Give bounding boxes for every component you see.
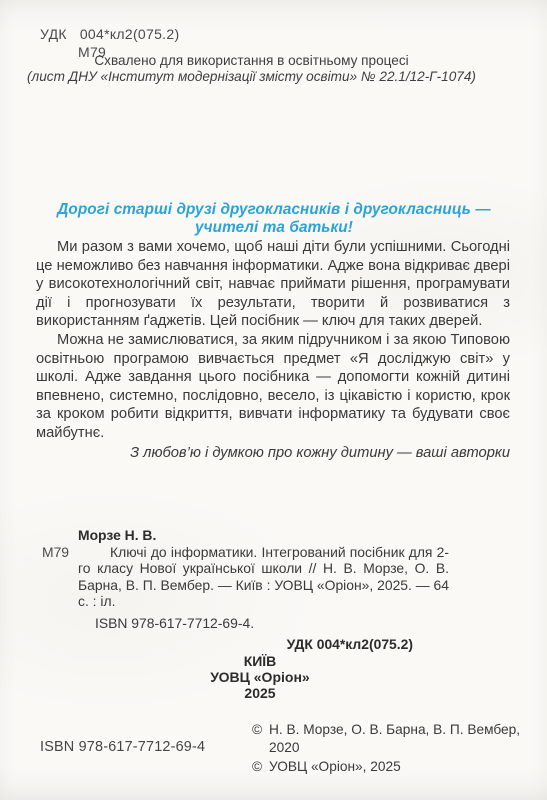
approval-note: Схвалено для використання в освітньому п… (0, 53, 503, 85)
udc-row: УДК 004*кл2(075.2) (40, 26, 179, 43)
bib-isbn: ISBN 978-617-7712-69-4. (95, 615, 449, 631)
publisher-city: КИЇВ (0, 654, 520, 670)
bib-entry: М79 Ключі до інформатики. Інтегрований п… (42, 544, 449, 609)
intro-body: Ми разом з вами хочемо, щоб наші діти бу… (36, 238, 510, 462)
bib-entry-code: М79 (42, 544, 69, 560)
publisher-block: КИЇВ УОВЦ «Оріон» 2025 (0, 654, 520, 701)
bib-description: Ключі до інформатики. Інтегрований посіб… (78, 544, 449, 609)
udc-value: 004*кл2(075.2) (80, 26, 180, 43)
copyright-list: © Н. В. Морзе, О. В. Барна, В. П. Вембер… (252, 721, 547, 776)
copyright-row: © Н. В. Морзе, О. В. Барна, В. П. Вембер… (252, 721, 547, 758)
imprint-page: УДК 004*кл2(075.2) М79 Схвалено для вико… (0, 0, 547, 800)
intro-paragraph-1: Ми разом з вами хочемо, щоб наші діти бу… (36, 238, 510, 331)
copyright-symbol: © (252, 721, 269, 758)
approval-line-2: (лист ДНУ «Інститут модернізації змісту … (0, 69, 503, 85)
bibliographic-block: Морзе Н. В. М79 Ключі до інформатики. Ін… (42, 527, 449, 652)
copyright-text: Н. В. Морзе, О. В. Барна, В. П. Вембер, … (269, 721, 547, 758)
publisher-name: УОВЦ «Оріон» (0, 670, 520, 686)
footer-isbn: ISBN 978-617-7712-69-4 (40, 739, 205, 755)
authors-signature: З любов’ю і думкою про кожну дитину — ва… (36, 444, 510, 463)
publication-year: 2025 (0, 686, 520, 702)
copyright-symbol: © (252, 758, 269, 776)
approval-line-1: Схвалено для використання в освітньому п… (0, 53, 503, 69)
bib-author-heading: Морзе Н. В. (78, 527, 449, 543)
intro-heading-line-2: учителі та батьки! (18, 219, 530, 237)
copyright-row: © УОВЦ «Оріон», 2025 (252, 758, 547, 776)
intro-heading: Дорогі старші друзі другокласників і дру… (18, 201, 530, 236)
bib-udc: УДК 004*кл2(075.2) (42, 636, 413, 652)
copyright-text: УОВЦ «Оріон», 2025 (269, 758, 401, 776)
udc-label: УДК (40, 26, 67, 43)
intro-heading-line-1: Дорогі старші друзі другокласників і дру… (18, 201, 530, 219)
intro-paragraph-2: Можна не замислюватися, за яким підручни… (36, 331, 510, 443)
